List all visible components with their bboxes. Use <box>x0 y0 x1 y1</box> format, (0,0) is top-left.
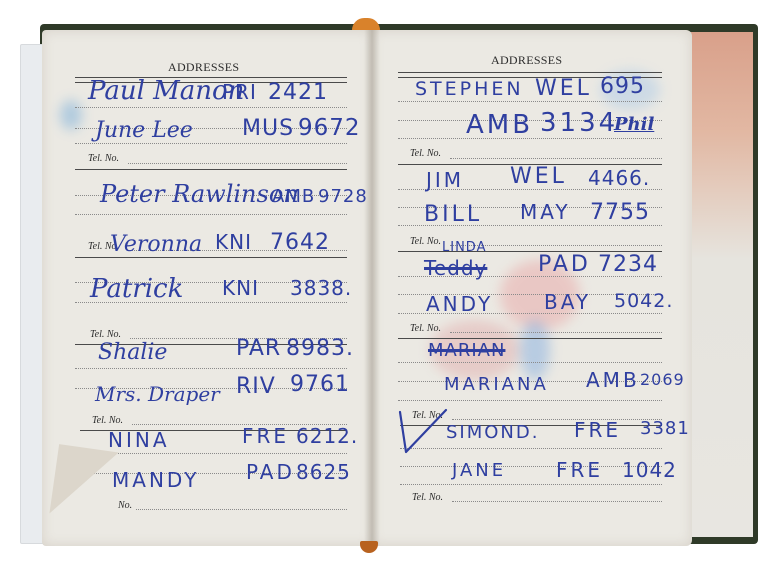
rule <box>75 169 347 170</box>
entry-exchange: FRE <box>574 418 621 442</box>
rule <box>452 501 662 502</box>
entry-name: Shalie <box>98 340 167 365</box>
entry-exchange: RIV <box>236 374 276 399</box>
tel-label: Tel. No. <box>90 329 121 340</box>
entry-number: 8625 <box>296 460 351 484</box>
entry-number: 695 <box>600 74 645 99</box>
entry-name: Patrick <box>90 274 183 304</box>
ink-smudge <box>60 100 82 130</box>
left-page-heading: ADDRESSES <box>168 60 239 75</box>
rule <box>136 509 347 510</box>
ink-smudge <box>520 320 550 380</box>
rule <box>75 257 347 258</box>
book-spine <box>364 30 380 546</box>
entry-number: 7755 <box>590 200 650 225</box>
entry-number: 1042 <box>622 458 677 482</box>
entry-name: LINDA <box>442 240 486 255</box>
right-page-heading: ADDRESSES <box>491 53 562 68</box>
entry-name: Veronna <box>110 232 202 257</box>
entry-name: STEPHEN <box>415 78 524 100</box>
rule <box>398 101 662 102</box>
tel-label: Tel. No. <box>410 323 441 334</box>
entry-name: JANE <box>452 460 506 481</box>
tel-label: Tel. No. <box>410 236 441 247</box>
entry-name: SIMOND. <box>446 422 539 443</box>
entry-number: 3838. <box>290 276 352 300</box>
entry-name: June Lee <box>95 118 193 143</box>
entry-exchange: KNI <box>215 230 252 254</box>
rule <box>80 453 347 454</box>
rule <box>450 158 662 159</box>
rule <box>452 419 662 420</box>
rule <box>75 214 347 215</box>
entry-exchange: WEL <box>535 76 592 101</box>
entry-number: 2069 <box>640 370 685 389</box>
rule <box>75 143 347 144</box>
entry-name: MARIANA <box>444 374 549 395</box>
entry-name: JIM <box>426 168 464 192</box>
entry-number: 7234 <box>598 252 658 277</box>
entry-number: 3134 <box>540 108 618 138</box>
rule <box>450 332 662 333</box>
checkmark-icon <box>398 408 448 454</box>
entry-name: Paul Manon <box>88 76 244 106</box>
entry-number: 3381 <box>640 418 690 439</box>
rule <box>398 362 662 363</box>
entry-exchange: FRE <box>556 458 603 482</box>
entry-exchange: AMB <box>272 186 315 207</box>
entry-exchange: AMB <box>466 110 533 140</box>
entry-exchange: PAD <box>246 460 295 484</box>
entry-exchange: PAR <box>236 336 281 361</box>
entry-exchange: PAD <box>538 252 591 277</box>
tel-label: Tel. No. <box>410 148 441 159</box>
rule <box>398 72 662 73</box>
entry-exchange: PRI <box>222 80 257 104</box>
tel-label: No. <box>118 500 132 511</box>
rule <box>400 484 662 485</box>
entry-name: ANDY <box>426 292 493 316</box>
entry-exchange: MAY <box>520 200 571 224</box>
entry-name: Mrs. Draper <box>95 382 220 406</box>
tel-label: Tel. No. <box>412 492 443 503</box>
entry-exchange: FRE <box>242 424 289 448</box>
entry-number: 4466. <box>588 166 650 190</box>
entry-number: 5042. <box>614 290 673 312</box>
tel-label: Tel. No. <box>88 153 119 164</box>
entry-note: Phil <box>614 114 654 135</box>
entry-number: 9672 <box>298 115 361 141</box>
entry-crossed-out: Teddy <box>424 256 487 280</box>
entry-name: MANDY <box>112 468 199 492</box>
inner-cover-right <box>690 32 753 537</box>
tel-label: Tel. No. <box>92 415 123 426</box>
rule <box>128 163 347 164</box>
entry-name: Peter Rawlinson <box>100 180 299 208</box>
rule <box>75 107 347 108</box>
rule <box>398 338 662 339</box>
entry-name: NINA <box>108 428 170 452</box>
folded-corner <box>49 444 118 522</box>
entry-exchange: AMB <box>586 368 640 392</box>
entry-number: 7642 <box>270 230 330 255</box>
entry-name: BILL <box>424 202 482 227</box>
bookmark-ribbon-bottom <box>360 541 378 553</box>
rule <box>398 400 662 401</box>
entry-crossed-out: MARIAN <box>428 340 505 361</box>
entry-number: 2421 <box>268 80 328 105</box>
entry-number: 9728 <box>318 186 368 207</box>
entry-exchange: BAY <box>544 290 591 314</box>
entry-exchange: WEL <box>510 164 567 189</box>
entry-number: 9761 <box>290 372 350 397</box>
entry-number: 6212. <box>296 424 358 448</box>
entry-exchange: KNI <box>222 276 259 300</box>
entry-exchange: MUS <box>242 116 294 141</box>
rule <box>75 368 347 369</box>
entry-number: 8983. <box>286 336 354 361</box>
